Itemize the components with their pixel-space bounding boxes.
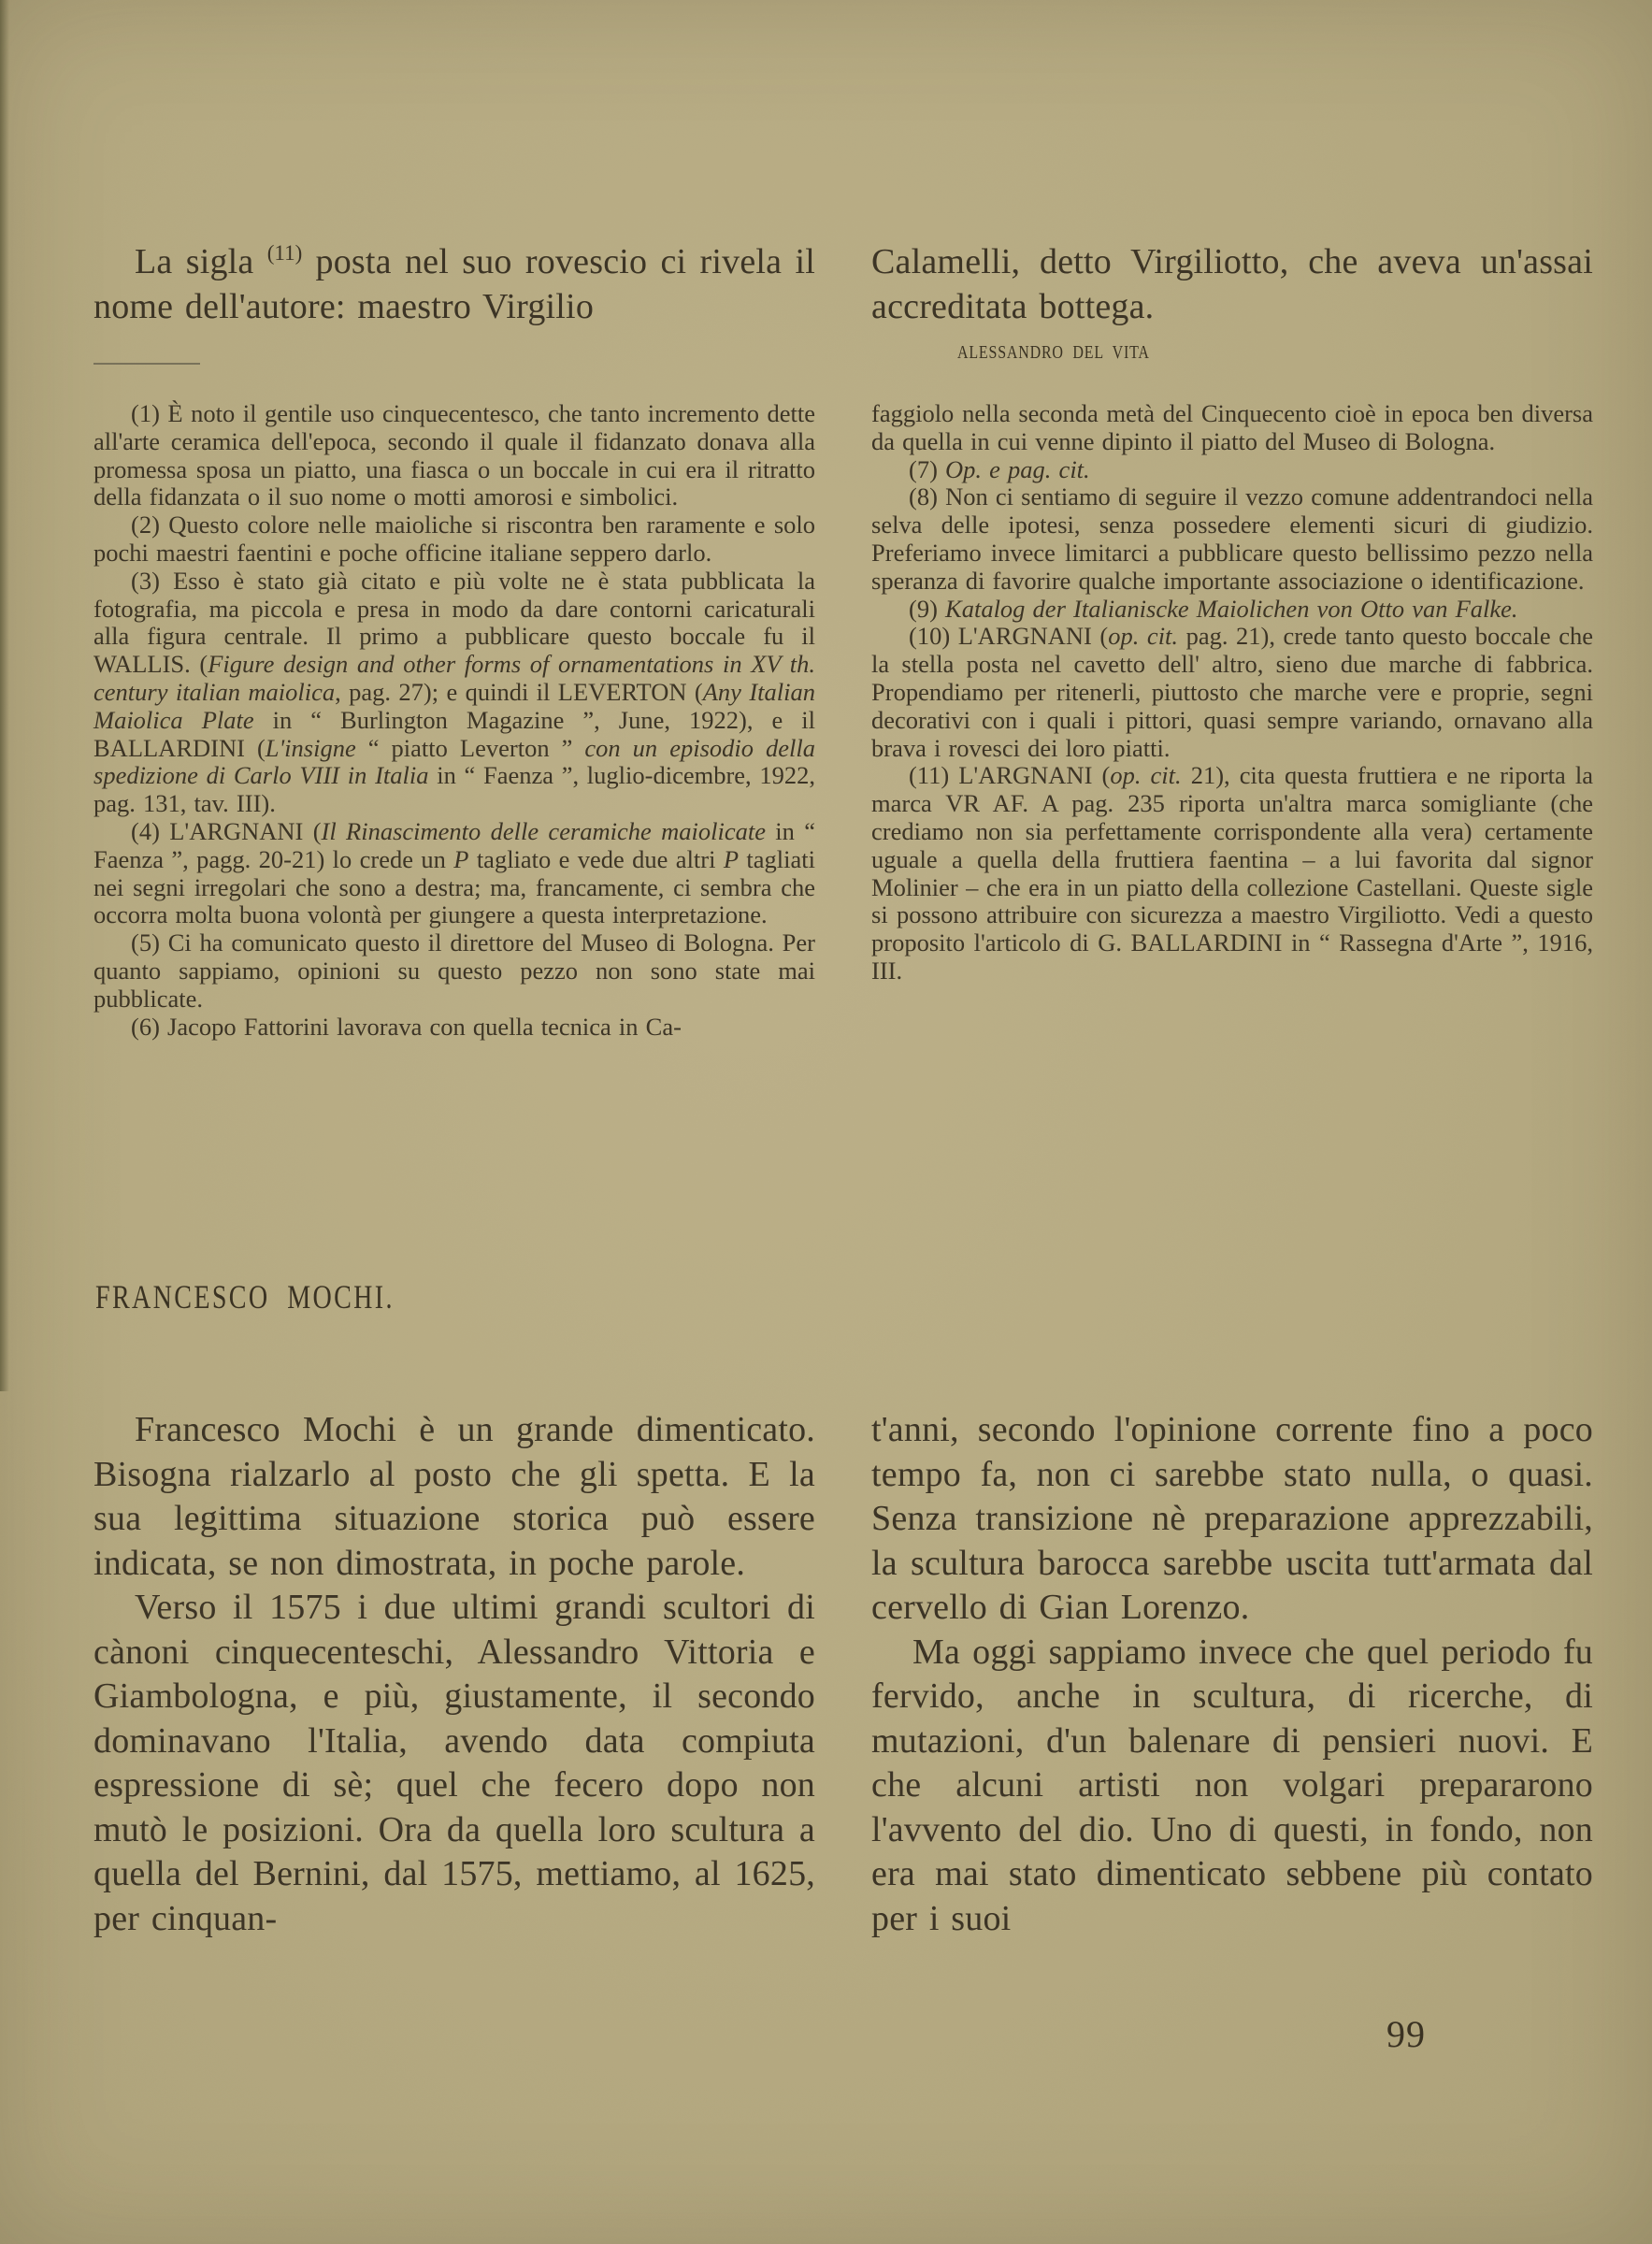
footnote-text: È noto il gentile uso cinquecentesco, ch… <box>93 399 815 511</box>
article-end-right-column: Calamelli, detto Virgiliotto, che aveva … <box>871 239 1593 364</box>
scanned-journal-page: La sigla (11) posta nel suo rovescio ci … <box>0 0 1652 2244</box>
footnote-item: (2) Questo colore nelle maioliche si ris… <box>93 511 815 568</box>
footnote-text: faggiolo nella seconda metà del Cinquece… <box>871 399 1593 455</box>
page-number: 99 <box>1386 2012 1426 2056</box>
footnote-number: (1) <box>131 399 167 427</box>
footnote-item: (4) L'ARGNANI (Il Rinascimento delle cer… <box>93 818 815 929</box>
footnote-item: (7) Op. e pag. cit. <box>871 456 1593 484</box>
footnote-number: (7) <box>909 455 945 483</box>
article-end-lead: La sigla <box>135 242 254 281</box>
footnote-item: (1) È noto il gentile uso cinquecentesco… <box>93 400 815 511</box>
footnote-number: (5) <box>131 928 168 957</box>
footnote-number: (8) <box>909 482 945 511</box>
footnote-item: (10) L'ARGNANI (op. cit. pag. 21), crede… <box>871 623 1593 762</box>
footnote-reference-mark: (11) <box>267 241 302 265</box>
footnote-text: L'ARGNANI ( <box>958 622 1109 650</box>
footnote-text-italic: op. cit. <box>1110 761 1181 789</box>
body-paragraph: Francesco Mochi è un grande dimenticato.… <box>93 1408 815 1586</box>
footnote-text: 21), cita questa fruttiera e ne riporta … <box>871 761 1593 985</box>
article-body-left-column: Francesco Mochi è un grande dimenticato.… <box>93 1408 815 1941</box>
footnote-text: Questo colore nelle maioliche si riscont… <box>93 511 815 567</box>
footnote-text: Jacopo Fattorini lavorava con quella tec… <box>167 1013 682 1041</box>
footnote-item: faggiolo nella seconda metà del Cinquece… <box>871 400 1593 456</box>
footnote-text: Non ci sentiamo di seguire il vezzo comu… <box>871 482 1593 594</box>
article-end-paragraph-right: Calamelli, detto Virgiliotto, che aveva … <box>871 239 1593 329</box>
footnotes-left-column: (1) È noto il gentile uso cinquecentesco… <box>93 400 815 1041</box>
footnote-item: (3) Esso è stato già citato e più volte … <box>93 568 815 818</box>
footnote-text: tagliato e vede due altri <box>468 845 723 873</box>
article-title: FRANCESCO MOCHI. <box>95 1277 395 1316</box>
footnote-text: , pag. 27); e quindi il LEVERTON ( <box>335 678 703 706</box>
footnote-text: L'ARGNANI ( <box>958 761 1110 789</box>
footnotes-right-column: faggiolo nella seconda metà del Cinquece… <box>871 400 1593 985</box>
footnote-number: (10) <box>909 622 958 650</box>
article-end-paragraph-left: La sigla (11) posta nel suo rovescio ci … <box>93 239 815 329</box>
author-byline: ALESSANDRO DEL VITA <box>957 342 1466 364</box>
footnote-text: “ piatto Leverton ” <box>356 734 585 762</box>
body-paragraph: t'anni, secondo l'opinione corrente fino… <box>871 1408 1593 1631</box>
footnote-item: (9) Katalog der Italianiscke Maiolichen … <box>871 596 1593 624</box>
footnote-text-italic: P <box>724 845 739 873</box>
footnote-text-italic: L'insigne <box>266 734 356 762</box>
footnote-text-italic: Op. e pag. cit. <box>945 455 1090 483</box>
footnote-text-italic: op. cit. <box>1108 622 1178 650</box>
footnote-text: Ci ha comunicato questo il direttore del… <box>93 928 815 1013</box>
footnote-text-italic: P <box>453 845 468 873</box>
footnote-item: (5) Ci ha comunicato questo il direttore… <box>93 929 815 1013</box>
footnote-number: (2) <box>131 511 168 539</box>
footnote-text: L'ARGNANI ( <box>169 817 321 845</box>
footnote-number: (9) <box>909 595 945 623</box>
body-paragraph: Verso il 1575 i due ultimi grandi sculto… <box>93 1586 815 1941</box>
page-edge-shadow <box>0 0 9 1391</box>
footnote-number: (3) <box>131 567 173 595</box>
footnote-item: (11) L'ARGNANI (op. cit. 21), cita quest… <box>871 762 1593 985</box>
footnote-separator-rule <box>93 363 200 365</box>
footnote-text-italic: Il Rinascimento delle ceramiche maiolica… <box>322 817 766 845</box>
footnote-number: (11) <box>909 761 958 789</box>
footnote-number: (4) <box>131 817 169 845</box>
article-body-right-column: t'anni, secondo l'opinione corrente fino… <box>871 1408 1593 1941</box>
footnote-item: (8) Non ci sentiamo di seguire il vezzo … <box>871 483 1593 595</box>
footnote-number: (6) <box>131 1013 167 1041</box>
body-paragraph: Ma oggi sappiamo invece che quel periodo… <box>871 1631 1593 1942</box>
article-end-left-column: La sigla (11) posta nel suo rovescio ci … <box>93 239 815 329</box>
footnote-text-italic: Katalog der Italianiscke Maiolichen von … <box>945 595 1518 623</box>
footnote-item: (6) Jacopo Fattorini lavorava con quella… <box>93 1014 815 1042</box>
